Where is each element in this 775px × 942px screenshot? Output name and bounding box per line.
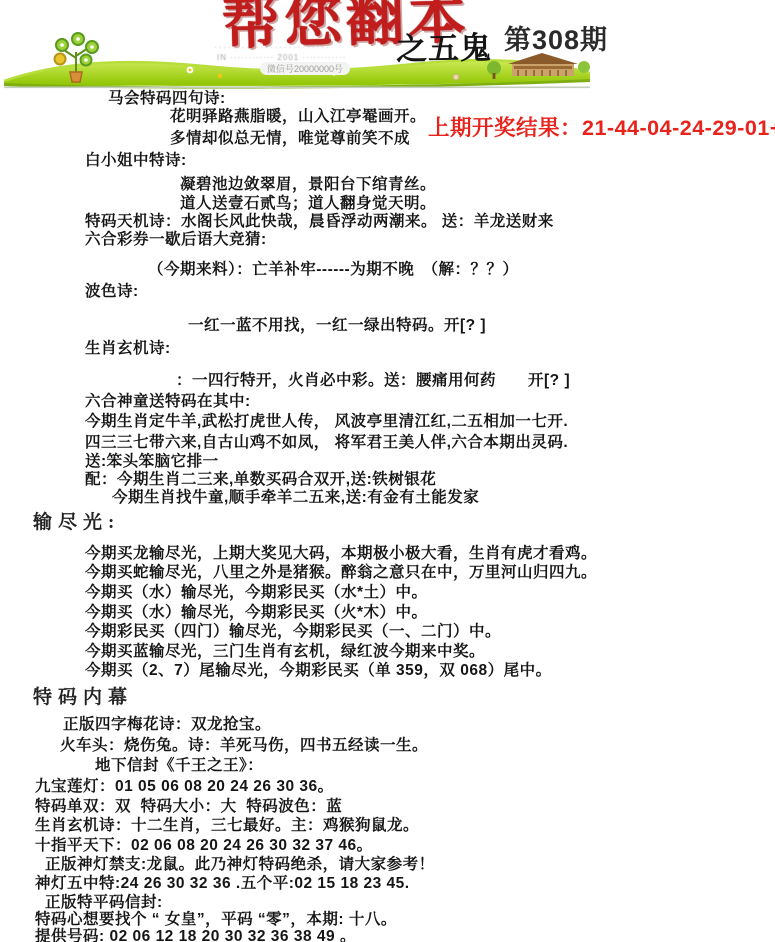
- text-line: 正版特平码信封:: [45, 894, 163, 911]
- text-line: 今期买蛇输尽光，八里之外是猪猴。醉翁之意只在中，万里河山归四九。: [85, 564, 597, 581]
- text-line: 正版四字梅花诗：双龙抢宝。: [63, 716, 271, 733]
- text-line: 波色诗:: [85, 283, 139, 300]
- watermark-line-1: ·························: [214, 43, 331, 52]
- tip-sheet-page: 帮您翻本 之五鬼 第308期 ·························…: [0, 0, 775, 942]
- watermark-line-2: IN ············ 2001 ············: [217, 53, 346, 62]
- text-line: 送:笨头笨脑它排一: [85, 453, 219, 470]
- last-draw-result-numbers: 21-44-04-24-29-01+20: [582, 116, 775, 140]
- text-line: 特码天机诗：水阁长风此快哉，晨昏浮动两潮来。 送：羊龙送财来: [85, 213, 554, 230]
- text-line: 今期买（水）输尽光，今期彩民买（水*土）中。: [85, 584, 428, 601]
- section-heading: 输尽光:: [33, 513, 120, 534]
- text-line: 马会特码四句诗:: [108, 90, 226, 107]
- text-line: 十指平天下：02 06 08 20 24 26 30 32 37 46。: [35, 837, 373, 854]
- text-line: 今期买龙输尽光，上期大奖见大码，本期极小极大看，生肖有虎才看鸡。: [85, 545, 597, 562]
- text-line: 四三三七带六来,自古山鸡不如凤， 将军君王美人伴,六合本期出灵码.: [85, 434, 568, 451]
- text-line: 今期买（2、7）尾输尽光，今期彩民买（单 359，双 068）尾中。: [85, 662, 552, 679]
- text-line: 九宝莲灯：01 05 06 08 20 24 26 30 36。: [35, 778, 334, 795]
- text-line: 今期买（水）输尽光，今期彩民买（火*木）中。: [85, 604, 428, 621]
- flower-plant-icon: [48, 32, 104, 84]
- watermark-line-3: 微信号20000000号: [260, 62, 350, 75]
- text-line: 白小姐中特诗:: [85, 152, 187, 169]
- masthead: 帮您翻本 之五鬼 第308期 ·························…: [0, 0, 775, 92]
- text-line: 生肖玄机诗:: [85, 340, 171, 357]
- text-line: 六合彩券一歇后语大竞猜:: [85, 231, 267, 248]
- text-line: 特码心想要找个 “ 女皇”，平码 “零”，本期: 十八。: [35, 911, 397, 928]
- text-line: 凝碧池边敛翠眉，景阳台下绾青丝。: [180, 176, 436, 193]
- page-subtitle: 之五鬼: [396, 32, 493, 65]
- text-line: 神灯五中特:24 26 30 32 36 .五个平:02 15 18 23 45…: [35, 875, 410, 892]
- text-line: 生肖玄机诗：十二生肖，三七最好。主：鸡猴狗鼠龙。: [35, 817, 419, 834]
- text-line: 正版神灯禁支:龙鼠。此乃神灯特码绝杀，请大家参考！: [45, 856, 435, 873]
- issue-number: 第308期: [504, 27, 608, 54]
- text-line: 今期买蓝输尽光，三门生肖有玄机，绿红波今期来中奖。: [85, 643, 485, 660]
- text-line: 今期彩民买（四门）输尽光，今期彩民买（一、二门）中。: [85, 623, 501, 640]
- text-line: 提供号码: 02 06 12 18 20 30 32 36 38 49 。: [35, 928, 356, 942]
- text-line: 多情却似总无情，唯觉尊前笑不成: [170, 130, 410, 147]
- text-line: 今期生肖找牛童,顺手牵羊二五来,送:有金有土能发家: [112, 489, 479, 506]
- last-draw-result: 上期开奖结果：21-44-04-24-29-01+20: [428, 111, 775, 142]
- text-line: 今期生肖定牛羊,武松打虎世人传， 风波亭里清江红,二五相加一七开.: [85, 413, 568, 430]
- text-line: 配：今期生肖二三来,单数买码合双开,送:铁树银花: [85, 471, 436, 488]
- text-line: 六合神童送特码在其中:: [85, 393, 251, 410]
- last-draw-result-label: 上期开奖结果：: [428, 116, 582, 140]
- text-line: 道人送壹石贰鸟；道人翻身觉天明。: [180, 195, 436, 212]
- text-line: ：一四行特开，火肖必中彩。送：腰痛用何药 开[? ]: [176, 372, 570, 389]
- text-line: 火车头：烧伤兔。诗：羊死马伤，四书五经读一生。: [60, 737, 428, 754]
- text-line: 花明驿路燕脂暖，山入江亭罨画开。: [170, 108, 426, 125]
- text-line: 一红一蓝不用找，一红一绿出特码。开[? ]: [188, 317, 486, 334]
- text-line: （今期来料）：亡羊补牢------为期不晚 （解：？？）: [148, 261, 518, 278]
- text-line: 特码单双：双 特码大小：大 特码波色：蓝: [35, 798, 342, 815]
- section-heading: 特码内幕: [33, 688, 133, 709]
- text-line: 地下信封《千王之王》：: [95, 757, 263, 774]
